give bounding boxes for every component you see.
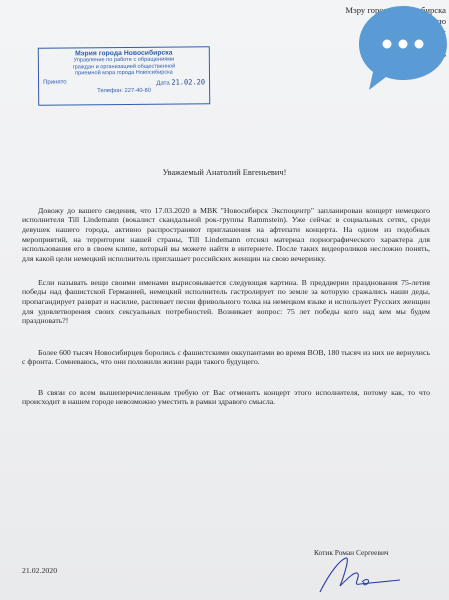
- salutation: Уважаемый Анатолий Евгеньевич!: [0, 168, 449, 177]
- registration-stamp: Мэрия города Новосибирска Управление по …: [38, 46, 210, 105]
- stamp-row: Принято Дата 21.02.20: [43, 78, 205, 87]
- stamp-received-label: Принято: [43, 79, 67, 87]
- paragraph: Довожу до вашего сведения, что 17.03.202…: [22, 206, 430, 264]
- paragraph: В связи со всем вышеперечисленным требую…: [22, 388, 430, 407]
- letter-date: 21.02.2020: [22, 566, 57, 575]
- stamp-date-value: 21.02.20: [171, 78, 205, 86]
- stamp-subtitle: приемной мэра города Новосибирска: [43, 69, 205, 77]
- stamp-date-label: Дата: [156, 80, 169, 86]
- signature-mark: [300, 552, 405, 596]
- stamp-phone: Телефон: 227-40-80: [43, 87, 205, 94]
- paragraph: Более 600 тысяч Новосибирцев боролись с …: [22, 348, 430, 367]
- chat-bubble-icon[interactable]: [357, 4, 449, 94]
- letter-page: Мэру города Новосибирска А.Е. Локтю от Р…: [0, 0, 449, 600]
- paragraph: Если называть вещи своими именами вырисо…: [22, 278, 430, 326]
